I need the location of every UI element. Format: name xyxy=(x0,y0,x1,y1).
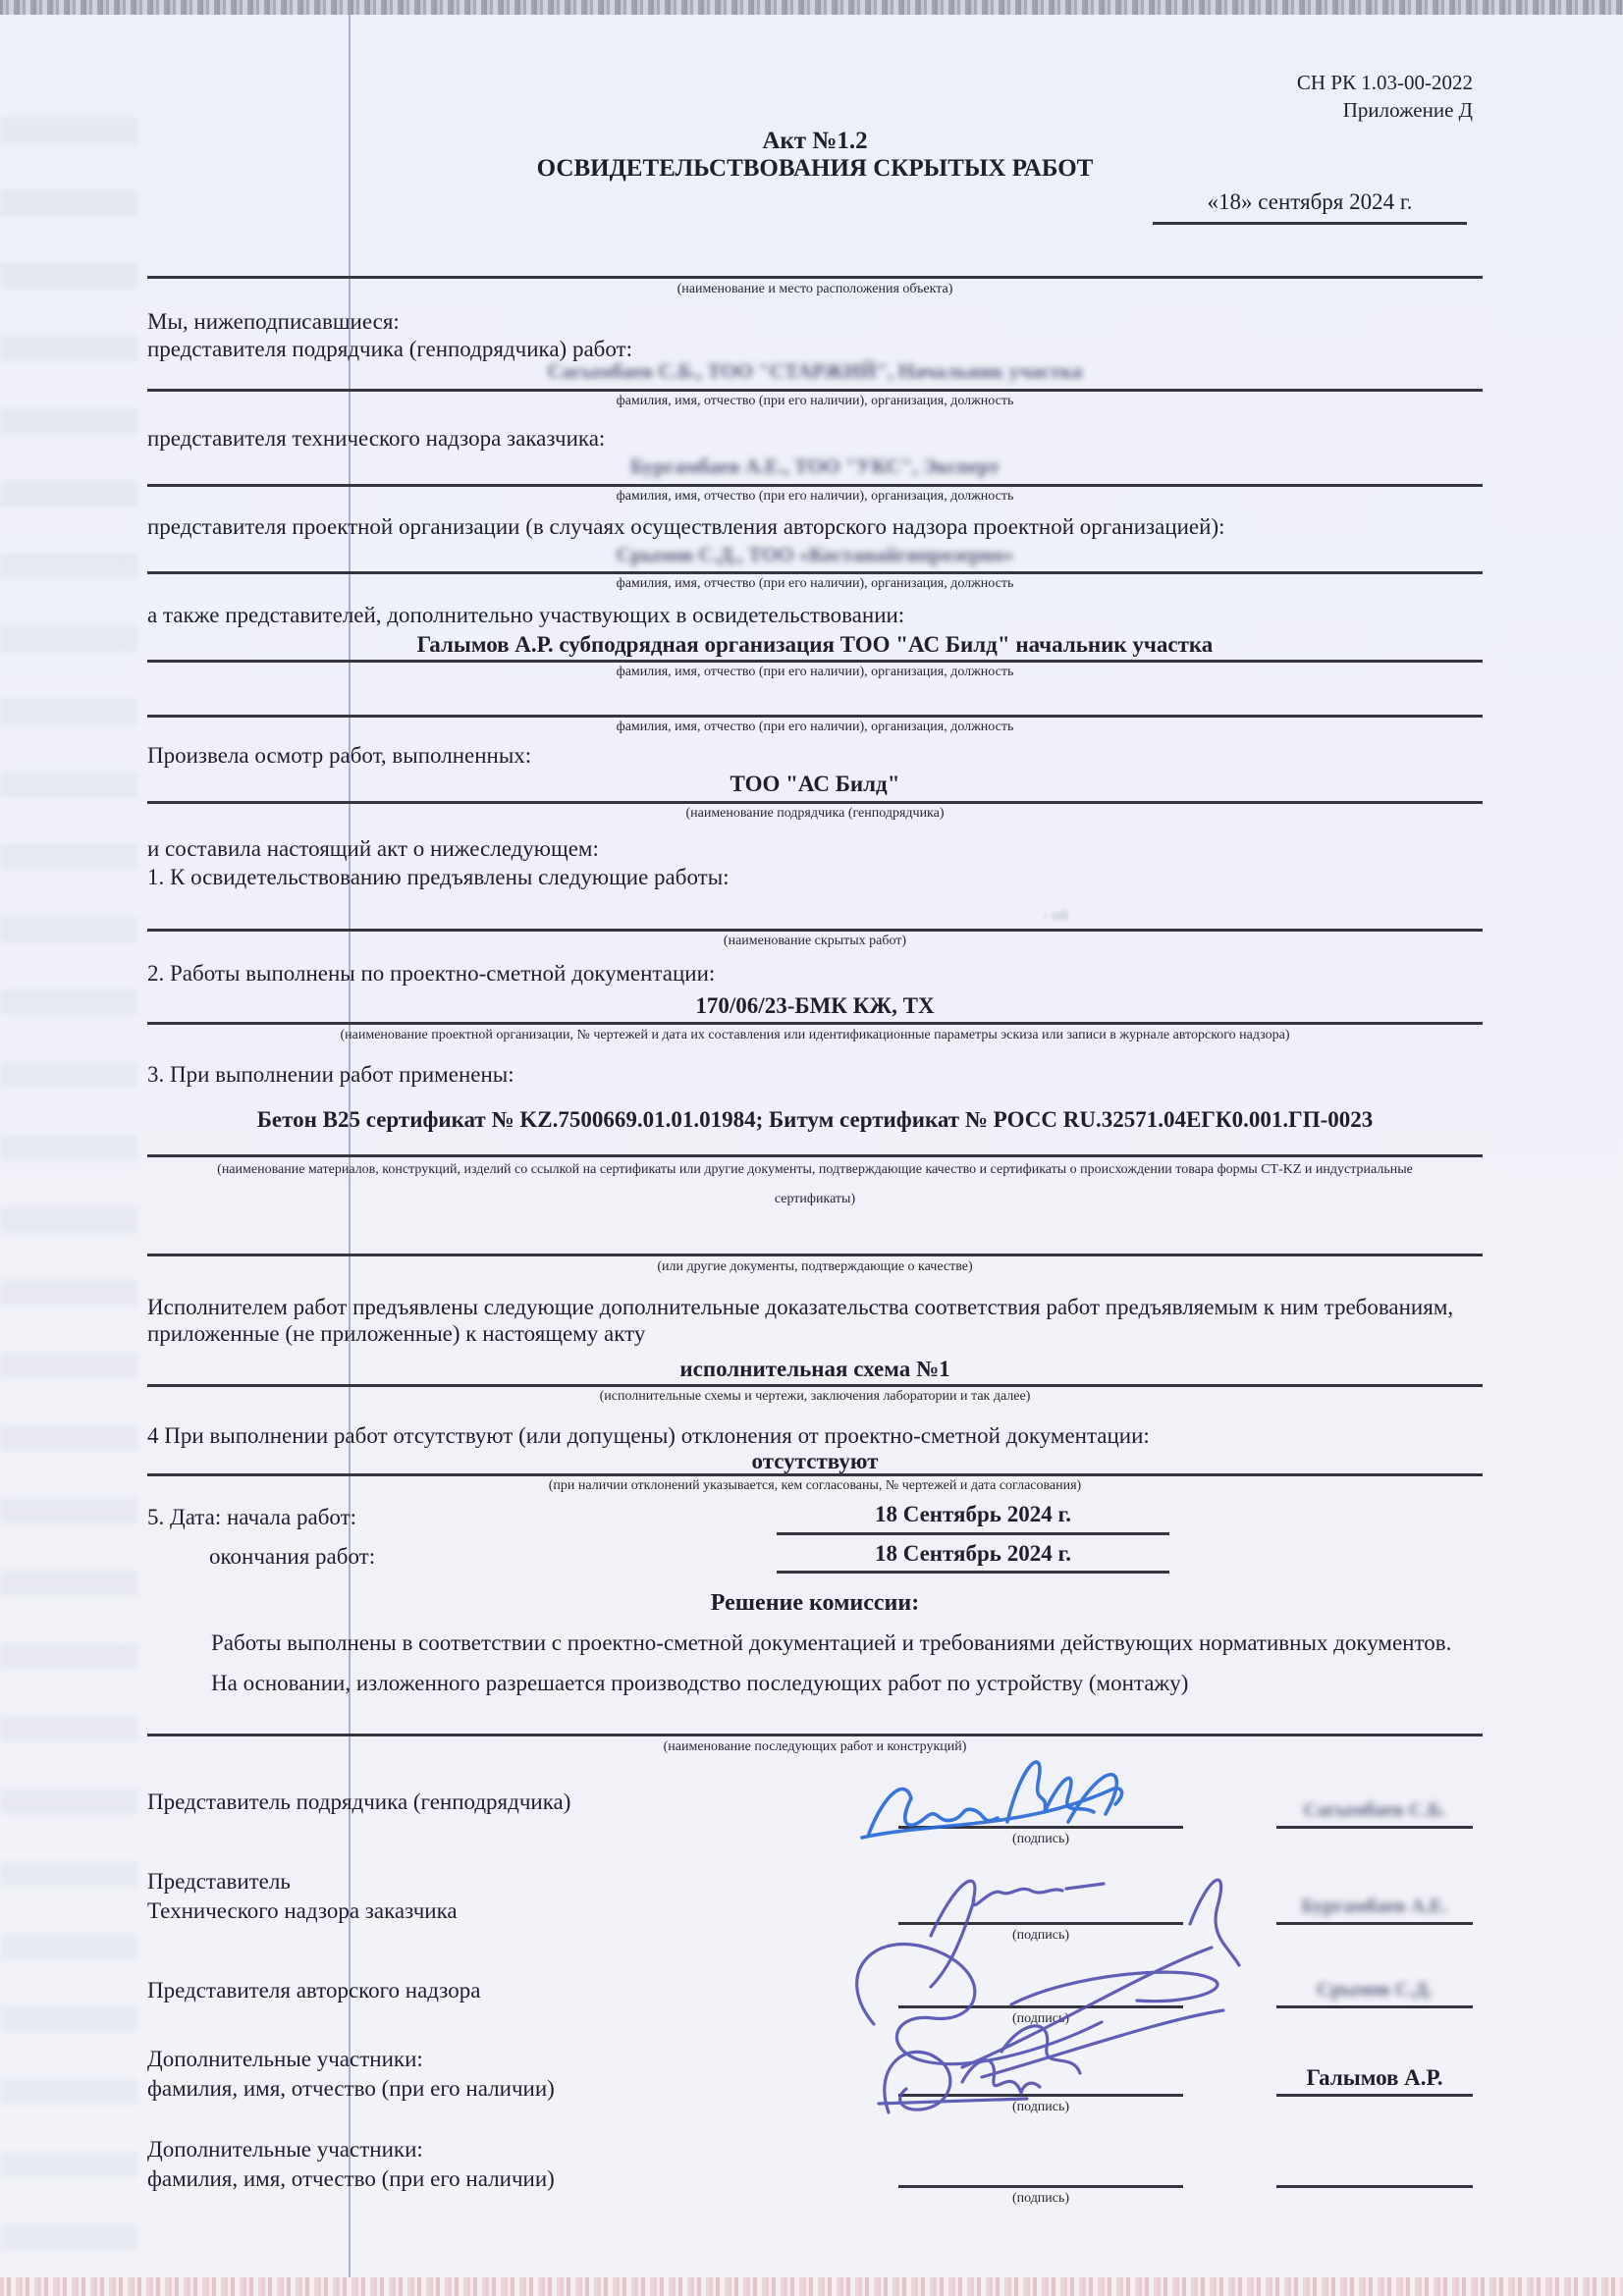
standard-code: СН РК 1.03-00-2022 xyxy=(1297,71,1473,95)
signature-row-5-caption: (подпись) xyxy=(898,2191,1183,2207)
caption-project-docs: (наименование проектной организации, № ч… xyxy=(147,1028,1483,1043)
scheme-value: исполнительная схема №1 xyxy=(147,1357,1483,1382)
signature-row-1-label: Представитель подрядчика (генподрядчика) xyxy=(147,1789,570,1816)
caption-fio-3: фамилия, имя, отчество (при его наличии)… xyxy=(147,576,1483,592)
signature-row-4-name: Галымов А.Р. xyxy=(1276,2065,1473,2091)
scanner-edge-top xyxy=(0,0,1623,15)
ink-bleed-left-margin xyxy=(0,118,137,2257)
caption-quality-docs: (или другие документы, подтверждающие о … xyxy=(147,1259,1483,1275)
caption-next-works: (наименование последующих работ и констр… xyxy=(147,1739,1483,1755)
faint-pencil-mark: - ий xyxy=(1043,907,1068,925)
item5-end-label: окончания работ: xyxy=(209,1543,375,1571)
item4-label: 4 При выполнении работ отсутствуют (или … xyxy=(147,1422,1483,1450)
caption-fio-1: фамилия, имя, отчество (при его наличии)… xyxy=(147,394,1483,409)
scanner-edge-bottom xyxy=(0,2277,1623,2296)
design-organization-label: представителя проектной организации (в с… xyxy=(147,513,1483,541)
signature-row-2-line xyxy=(898,1922,1183,1925)
item3-value: Бетон В25 сертификат № KZ.7500669.01.01.… xyxy=(147,1107,1483,1133)
technical-supervision-label: представителя технического надзора заказ… xyxy=(147,425,1483,453)
signature-row-3-name-line xyxy=(1276,2005,1473,2008)
additional-representatives-label: а также представителей, дополнительно уч… xyxy=(147,602,1483,629)
signature-row-1-caption: (подпись) xyxy=(898,1832,1183,1847)
signature-row-5-label-2: фамилия, имя, отчество (при его наличии) xyxy=(147,2165,555,2193)
item2-label: 2. Работы выполнены по проектно-сметной … xyxy=(147,960,1483,988)
signature-row-4-line xyxy=(898,2094,1183,2097)
signature-row-3-caption: (подпись) xyxy=(898,2011,1183,2027)
contractor-field-line xyxy=(147,389,1483,392)
caption-deviations: (при наличии отклонений указывается, кем… xyxy=(147,1478,1483,1494)
act-number: Акт №1.2 xyxy=(147,128,1483,155)
decision-title: Решение комиссии: xyxy=(147,1590,1483,1617)
additional-representatives-value: Галымов А.Р. субподрядная организация ТО… xyxy=(147,632,1483,658)
item3-field-line xyxy=(147,1154,1483,1157)
act-date-underline xyxy=(1153,222,1467,225)
item1-field-line xyxy=(147,929,1483,932)
additional-field-line xyxy=(147,660,1483,663)
caption-fio-2: фамилия, имя, отчество (при его наличии)… xyxy=(147,489,1483,505)
item5-start-value: 18 Сентябрь 2024 г. xyxy=(777,1502,1169,1527)
caption-fio-5: фамилия, имя, отчество (при его наличии)… xyxy=(147,720,1483,735)
performed-field-line xyxy=(147,801,1483,804)
act-title: ОСВИДЕТЕЛЬСТВОВАНИЯ СКРЫТЫХ РАБОТ xyxy=(147,155,1483,183)
item3-label: 3. При выполнении работ применены: xyxy=(147,1061,1483,1089)
item5-end-value: 18 Сентябрь 2024 г. xyxy=(777,1541,1169,1567)
additional-field-line-2 xyxy=(147,715,1483,718)
signature-row-2-caption: (подпись) xyxy=(898,1928,1183,1944)
signature-row-4-name-line xyxy=(1276,2094,1473,2097)
signature-row-1-name: Сагымбаев С.Б. xyxy=(1276,1799,1473,1822)
technical-field-line xyxy=(147,484,1483,487)
signature-row-5-name-line xyxy=(1276,2185,1473,2188)
decision-paragraph-2: На основании, изложенного разрешается пр… xyxy=(147,1670,1483,1697)
item2-field-line xyxy=(147,1022,1483,1025)
caption-object: (наименование и место расположения объек… xyxy=(147,282,1483,297)
scanned-document-page: СН РК 1.03-00-2022 Приложение Д Акт №1.2… xyxy=(0,0,1623,2296)
signature-row-4-label-2: фамилия, имя, отчество (при его наличии) xyxy=(147,2075,555,2103)
next-works-field-line xyxy=(147,1734,1483,1736)
quality-docs-field-line xyxy=(147,1254,1483,1256)
signature-row-2-name-line xyxy=(1276,1922,1473,1925)
signature-row-2-label-2: Технического надзора заказчика xyxy=(147,1897,458,1925)
item4-value: отсутствуют xyxy=(147,1449,1483,1474)
item1-label: 1. К освидетельствованию предъявлены сле… xyxy=(147,864,1483,891)
we-undersigned-label: Мы, нижеподписавшиеся: xyxy=(147,308,1483,336)
item2-value: 170/06/23-БМК КЖ, ТХ xyxy=(147,993,1483,1019)
signature-row-2-name: Бургамбаев А.Е. xyxy=(1276,1896,1473,1918)
performed-works-value: ТОО "АС Билд" xyxy=(147,772,1483,797)
caption-materials-1: (наименование материалов, конструкций, и… xyxy=(147,1162,1483,1178)
signature-row-1-name-line xyxy=(1276,1826,1473,1829)
caption-contractor-name: (наименование подрядчика (генподрядчика) xyxy=(147,806,1483,822)
signature-row-2-label-1: Представитель xyxy=(147,1868,291,1896)
signature-row-5-label-1: Дополнительные участники: xyxy=(147,2136,423,2163)
evidence-paragraph: Исполнителем работ предъявлены следующие… xyxy=(147,1294,1483,1347)
signature-row-3-line xyxy=(898,2005,1183,2008)
caption-schemes: (исполнительные схемы и чертежи, заключе… xyxy=(147,1389,1483,1405)
appendix-label: Приложение Д xyxy=(1343,98,1473,123)
scheme-field-line xyxy=(147,1384,1483,1387)
caption-hidden-works: (наименование скрытых работ) xyxy=(147,934,1483,949)
contractor-representative-value: Сагымбаев С.Б., ТОО "СТАРЖИЙ", Начальник… xyxy=(147,359,1483,384)
decision-paragraph-1: Работы выполнены в соответствии с проект… xyxy=(147,1629,1483,1657)
caption-materials-2: сертификаты) xyxy=(147,1192,1483,1207)
item5-start-underline xyxy=(777,1532,1169,1535)
item5-end-underline xyxy=(777,1571,1169,1574)
item4-field-line xyxy=(147,1473,1483,1476)
act-intro-label: и составила настоящий акт о нижеследующе… xyxy=(147,835,1483,863)
signature-row-1-line xyxy=(898,1826,1183,1829)
signature-row-4-label-1: Дополнительные участники: xyxy=(147,2046,423,2073)
signature-row-5-line xyxy=(898,2185,1183,2188)
signature-row-3-name: Срымов С.Д. xyxy=(1276,1979,1473,2002)
signature-row-3-label: Представителя авторского надзора xyxy=(147,1977,480,2004)
design-field-line xyxy=(147,571,1483,574)
technical-supervision-value: Бургамбаев А.Е., ТОО "УКС", Эксперт xyxy=(147,454,1483,479)
design-organization-value: Срымов С.Д., ТОО «Костанайгипрозерно» xyxy=(147,543,1483,567)
signature-row-4-caption: (подпись) xyxy=(898,2100,1183,2115)
performed-works-label: Произвела осмотр работ, выполненных: xyxy=(147,742,1483,770)
caption-fio-4: фамилия, имя, отчество (при его наличии)… xyxy=(147,665,1483,680)
act-date: «18» сентября 2024 г. xyxy=(1153,188,1467,216)
object-field-line xyxy=(147,276,1483,279)
